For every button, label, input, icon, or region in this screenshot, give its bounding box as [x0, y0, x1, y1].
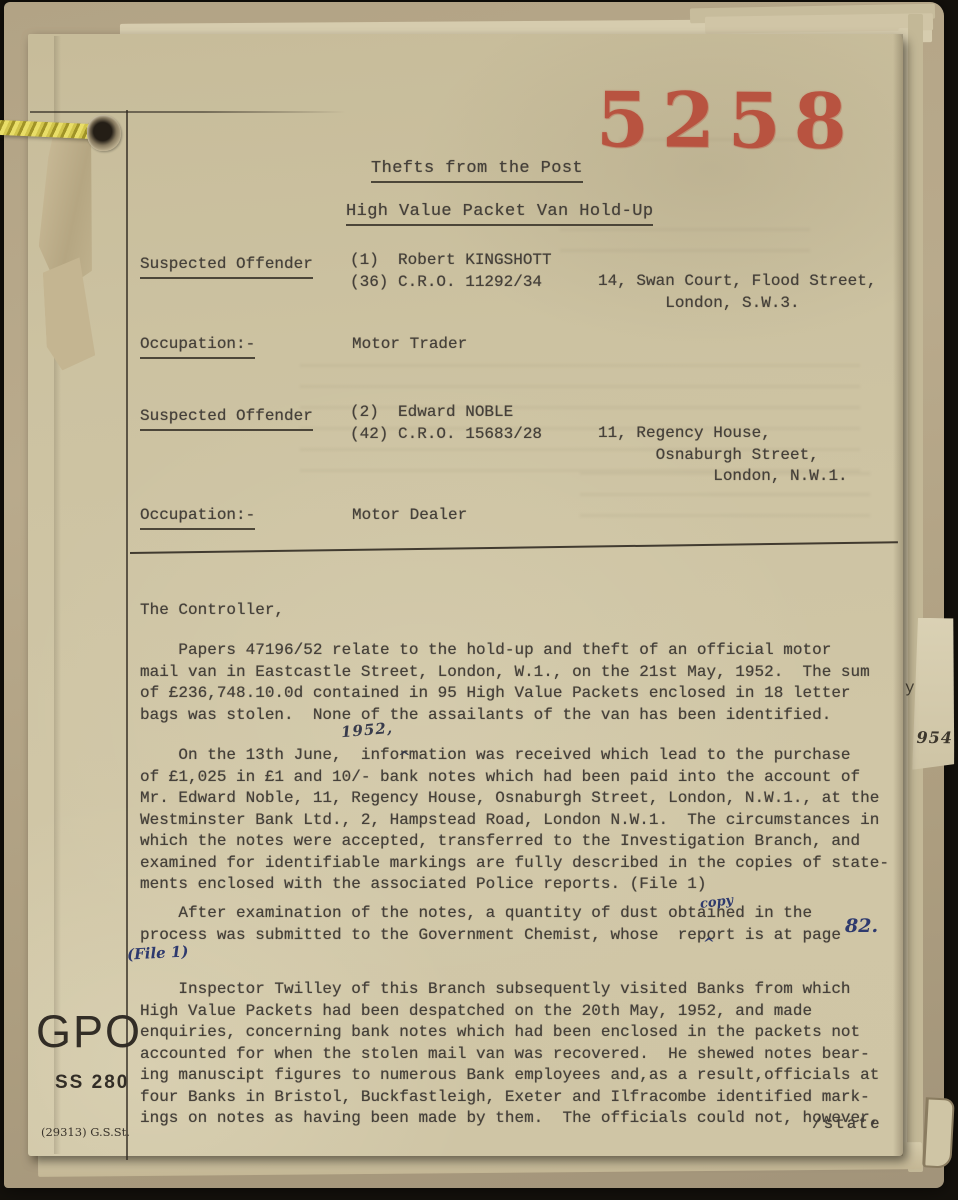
offender-2-label: Suspected Offender [140, 406, 313, 431]
scanned-document: 954 y 5258 Thefts from the Post High Val… [0, 0, 958, 1200]
offender-2-details: (2) Edward NOBLE (42) C.R.O. 15683/28 [350, 402, 542, 445]
offender-2-address: 11, Regency House, Osnaburgh Street, Lon… [598, 423, 848, 488]
form-number: SS 280 [55, 1072, 129, 1094]
annotation-caret-2: ^ [703, 936, 715, 952]
paragraph-3: After examination of the notes, a quanti… [140, 903, 851, 946]
margin-rule-vertical [126, 110, 128, 1160]
paragraph-1: Papers 47196/52 relate to the hold-up an… [140, 640, 870, 726]
partial-character-on-edge: y [905, 679, 915, 697]
occupation-2-label: Occupation:- [140, 505, 255, 530]
continuation-marker: /state [812, 1114, 882, 1136]
salutation: The Controller, [140, 600, 284, 622]
page-stamp-number: 5258 [596, 75, 860, 166]
punch-hole [87, 115, 121, 151]
paragraph-4: Inspector Twilley of this Branch subsequ… [140, 979, 879, 1130]
paragraph-2: On the 13th June, information was receiv… [140, 745, 889, 896]
under-page-edge-right-2 [908, 14, 923, 1172]
offender-1-address: 14, Swan Court, Flood Street, London, S.… [598, 271, 876, 314]
occupation-1-value: Motor Trader [352, 334, 467, 356]
print-code: (29313) G.S.St. [41, 1125, 130, 1139]
gpo-logo: GPO [36, 1006, 142, 1058]
underlying-page-tab: 954 [912, 618, 956, 770]
annotation-caret-1: ^ [398, 748, 411, 766]
doc-subtitle: High Value Packet Van Hold-Up [346, 201, 653, 226]
occupation-2-value: Motor Dealer [352, 505, 467, 527]
page-corner-curl [922, 1097, 955, 1168]
doc-title: Thefts from the Post [371, 158, 583, 183]
margin-rule-horizontal [30, 111, 346, 113]
offender-1-label: Suspected Offender [140, 254, 313, 279]
occupation-1-label: Occupation:- [140, 334, 255, 359]
offender-1-details: (1) Robert KINGSHOTT (36) C.R.O. 11292/3… [350, 250, 552, 293]
ink-ghosting [560, 225, 810, 265]
underlying-page-number: 954 [916, 728, 953, 747]
annotation-inserted-page-number: 82. [845, 915, 878, 937]
annotation-file-reference: (File 1) [127, 942, 189, 963]
